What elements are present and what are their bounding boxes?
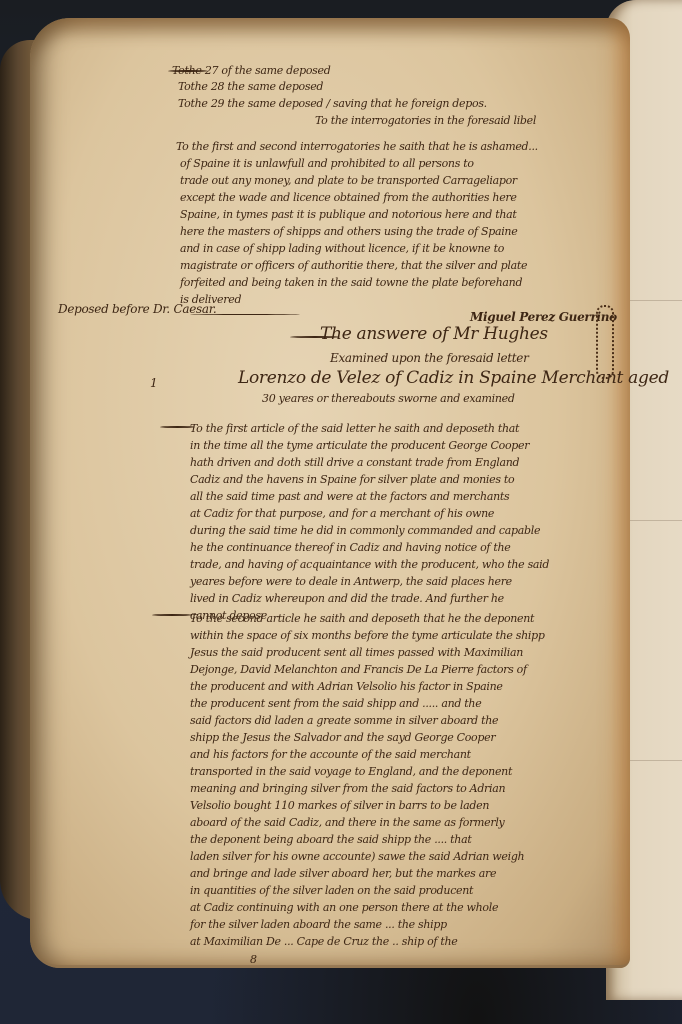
- text-line: within the space of six months before th…: [190, 629, 545, 642]
- text-line: at Maximilian De ... Cape de Cruz the ..…: [190, 935, 457, 948]
- header-line: Tothe 28 the same deposed: [178, 80, 323, 93]
- text-line: at Cadiz for that purpose, and for a mer…: [190, 507, 494, 520]
- text-line: and in case of shipp lading without lice…: [180, 242, 504, 255]
- section-subtitle: Examined upon the foresaid letter: [330, 351, 529, 365]
- text-line: trade out any money, and plate to be tra…: [180, 174, 517, 187]
- text-line: To the first article of the said letter …: [190, 422, 519, 435]
- text-line: and bringe and lade silver aboard her, b…: [190, 867, 496, 880]
- signature: Miguel Perez Guerrino: [470, 310, 617, 324]
- signature-rubric: [596, 305, 614, 379]
- page-footer-mark: 8: [250, 953, 257, 966]
- text-line: cannot depose: [190, 609, 267, 622]
- text-line: transported in the said voyage to Englan…: [190, 765, 512, 778]
- text-line: here the masters of shipps and others us…: [180, 225, 517, 238]
- text-line: and his factors for the accounte of the …: [190, 748, 471, 761]
- flourish: [152, 614, 192, 616]
- text-line: To the first and second interrogatories …: [176, 140, 538, 153]
- text-line: during the said time he did in commonly …: [190, 524, 540, 537]
- text-line: laden silver for his owne accounte) sawe…: [190, 850, 524, 863]
- text-line: the producent sent from the said shipp a…: [190, 697, 481, 710]
- text-line: hath driven and doth still drive a const…: [190, 456, 519, 469]
- text-line: in the time all the tyme articulate the …: [190, 439, 529, 452]
- section-title: The answere of Mr Hughes: [320, 324, 548, 344]
- text-line: of Spaine it is unlawfull and prohibited…: [180, 157, 474, 170]
- text-line: yeares before were to deale in Antwerp, …: [190, 575, 512, 588]
- text-line: at Cadiz continuing with an one person t…: [190, 901, 498, 914]
- text-line: Cadiz and the havens in Spaine for silve…: [190, 473, 514, 486]
- text-line: lived in Cadiz whereupon and did the tra…: [190, 592, 504, 605]
- margin-note: Deposed before Dr. Caesar.: [58, 302, 216, 316]
- text-line: meaning and bringing silver from the sai…: [190, 782, 505, 795]
- text-line: Jesus the said producent sent all times …: [190, 646, 523, 659]
- flourish: [290, 336, 340, 338]
- text-line: the producent and with Adrian Velsolio h…: [190, 680, 503, 693]
- text-line: magistrate or officers of authoritie the…: [180, 259, 527, 272]
- header-line: Tothe 29 the same deposed / saving that …: [178, 97, 487, 110]
- deponent-line: 30 yeares or thereabouts sworne and exam…: [262, 392, 515, 405]
- text-line: To the second article he saith and depos…: [190, 612, 534, 625]
- text-line: except the wade and licence obtained fro…: [180, 191, 517, 204]
- text-line: aboard of the said Cadiz, and there in t…: [190, 816, 504, 829]
- margin-number: 1: [150, 376, 157, 390]
- flourish: [160, 426, 195, 428]
- text-line: said factors did laden a greate somme in…: [190, 714, 498, 727]
- text-line: Spaine, in tymes past it is publique and…: [180, 208, 517, 221]
- text-line: the deponent being aboard the said shipp…: [190, 833, 471, 846]
- text-line: Velsolio bought 110 markes of silver in …: [190, 799, 489, 812]
- text-line: shipp the Jesus the Salvador and the say…: [190, 731, 495, 744]
- deponent-line: Lorenzo de Velez of Cadiz in Spaine Merc…: [238, 368, 669, 388]
- text-line: in quantities of the silver laden on the…: [190, 884, 473, 897]
- text-line: he the continuance thereof in Cadiz and …: [190, 541, 510, 554]
- manuscript-page: Tothe 27 of the same deposed Tothe 28 th…: [30, 18, 630, 968]
- text-line: forfeited and being taken in the said to…: [180, 276, 522, 289]
- flourish: [190, 314, 300, 315]
- text-line: for the silver laden aboard the same ...…: [190, 918, 447, 931]
- header-line: To the interrogatories in the foresaid l…: [315, 114, 536, 127]
- text-line: all the said time past and were at the f…: [190, 490, 509, 503]
- header-line: Tothe 27 of the same deposed: [172, 64, 330, 77]
- flourish: [168, 70, 208, 72]
- text-line: trade, and having of acquaintance with t…: [190, 558, 549, 571]
- text-line: Dejonge, David Melanchton and Francis De…: [190, 663, 527, 676]
- text-line: is delivered: [180, 293, 241, 306]
